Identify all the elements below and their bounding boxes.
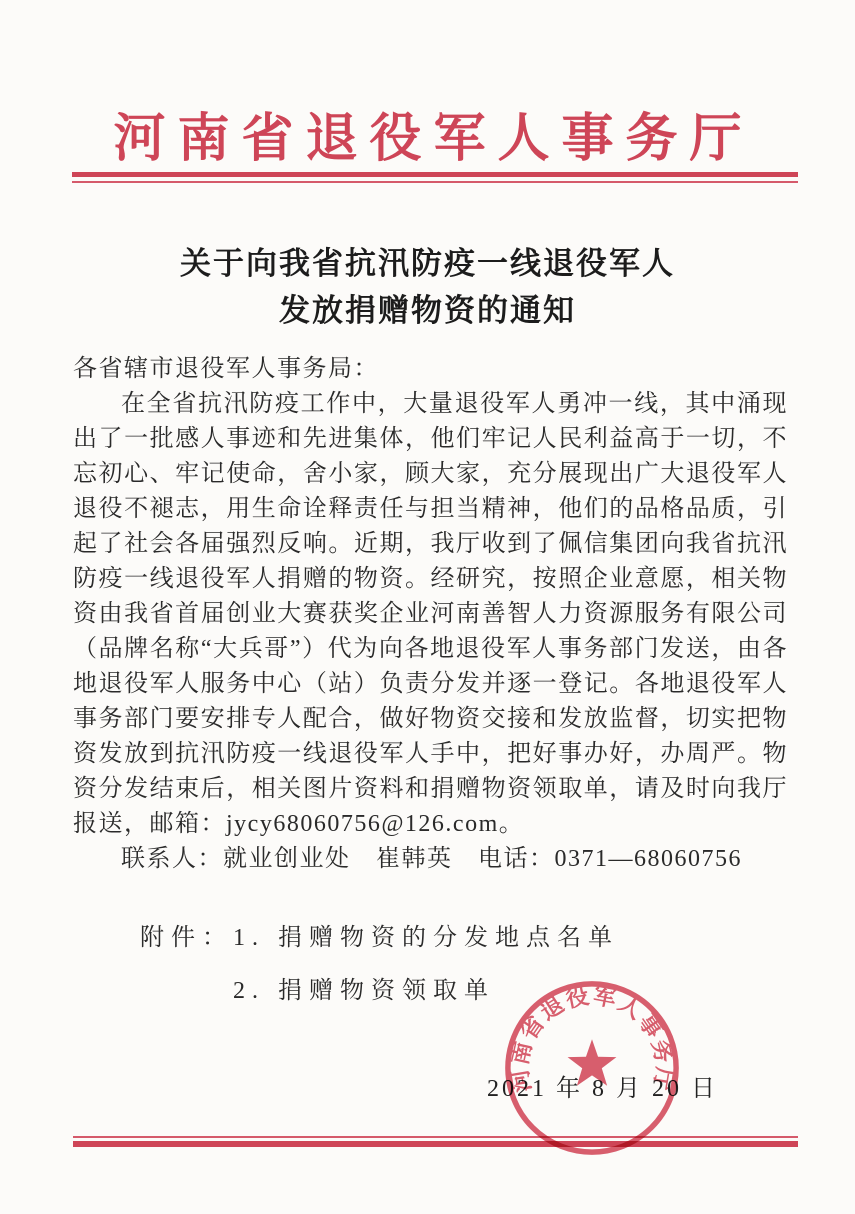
attachment-item: 1. 捐赠物资的分发地点名单 xyxy=(233,912,619,965)
agency-letterhead: 河南省退役军人事务厅 xyxy=(0,96,855,171)
footer-divider xyxy=(73,1136,798,1147)
body-paragraph: 在全省抗汛防疫工作中，大量退役军人勇冲一线，其中涌现出了一批感人事迹和先进集体，… xyxy=(73,387,788,842)
attachments-label: 附件： xyxy=(140,912,233,1018)
letter-body: 各省辖市退役军人事务局： 在全省抗汛防疫工作中，大量退役军人勇冲一线，其中涌现出… xyxy=(73,352,788,877)
notice-title: 关于向我省抗汛防疫一线退役军人 发放捐赠物资的通知 xyxy=(0,240,855,334)
star-icon xyxy=(568,1039,617,1086)
salutation: 各省辖市退役军人事务局： xyxy=(73,352,788,387)
notice-title-line-2: 发放捐赠物资的通知 xyxy=(0,287,855,334)
document-page: 河南省退役军人事务厅 关于向我省抗汛防疫一线退役军人 发放捐赠物资的通知 各省辖… xyxy=(0,0,855,1214)
footer-divider-thick-line xyxy=(73,1141,798,1147)
header-divider xyxy=(72,172,798,183)
official-seal: 河南省退役军人事务厅 xyxy=(498,974,686,1162)
notice-title-line-1: 关于向我省抗汛防疫一线退役军人 xyxy=(0,240,855,287)
contact-line: 联系人：就业创业处 崔韩英 电话：0371—68060756 xyxy=(73,842,788,877)
seal-text-curved: 河南省退役军人事务厅 xyxy=(506,983,678,1094)
header-divider-thin-line xyxy=(72,181,798,183)
